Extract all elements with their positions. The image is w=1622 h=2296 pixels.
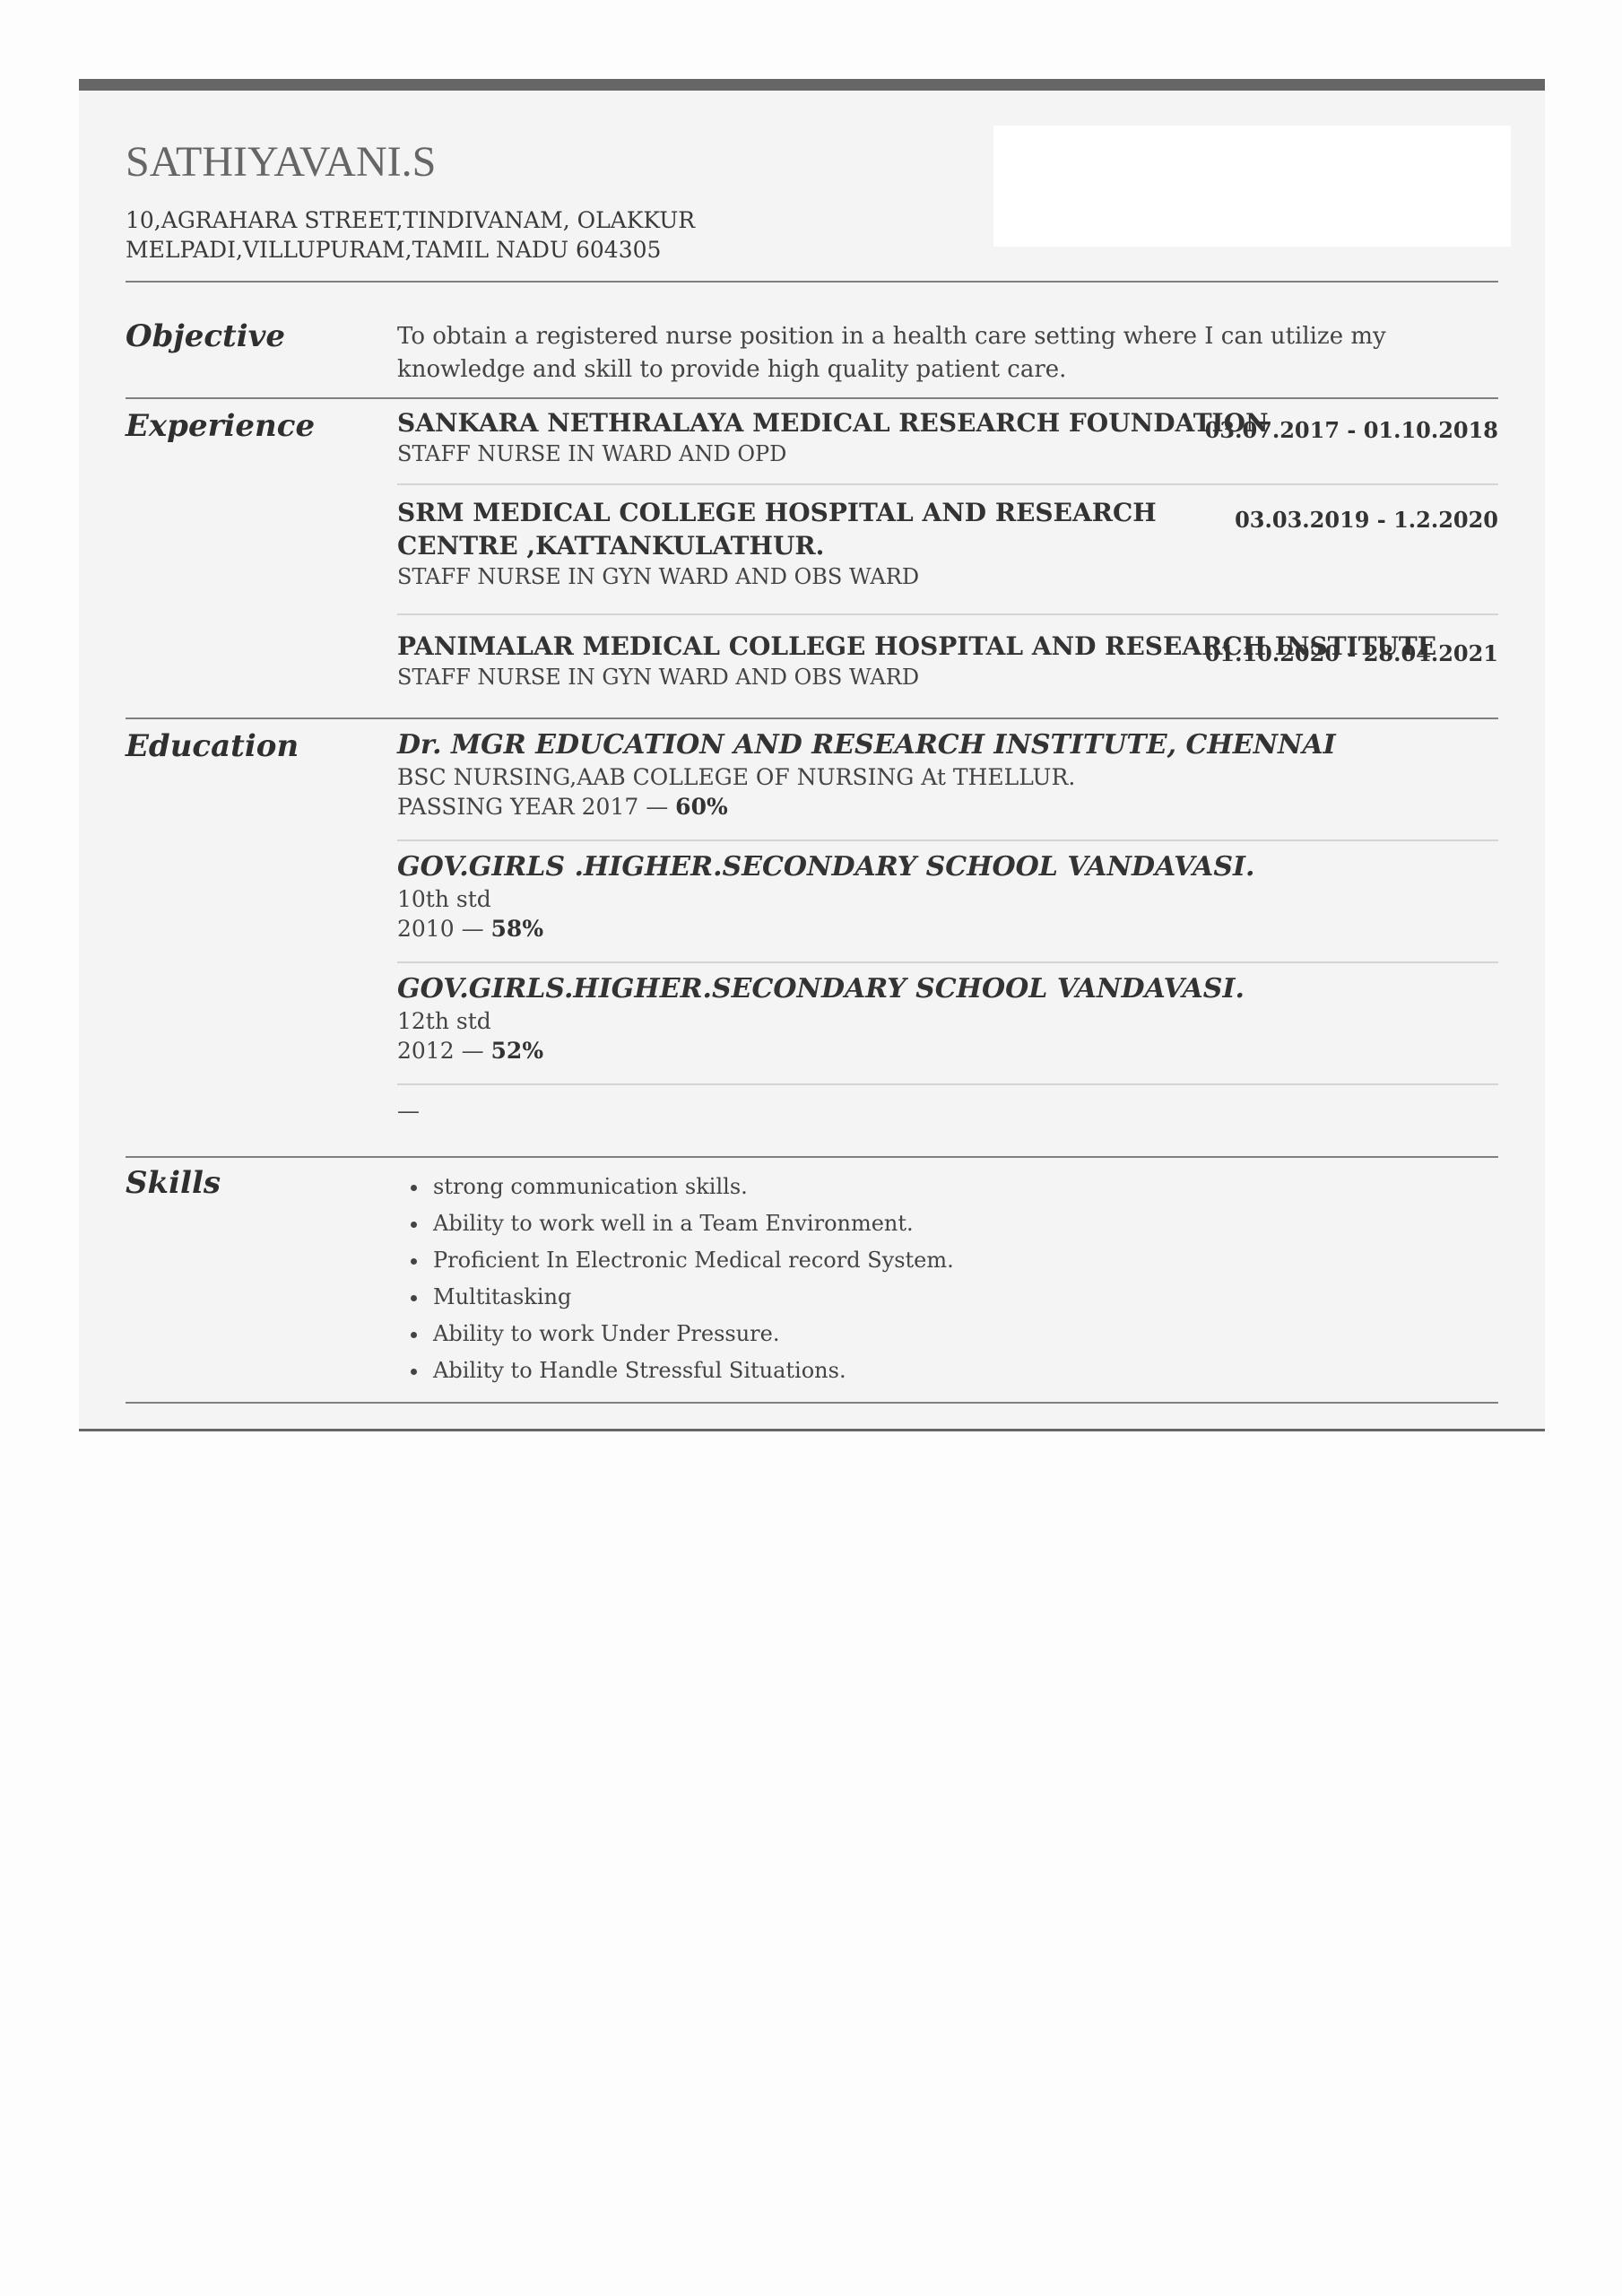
employment-dates: 01.10.2020 - 28.04.2021 <box>1205 640 1498 666</box>
skill-item: Proficient In Electronic Medical record … <box>429 1242 1498 1279</box>
degree-detail: 12th std <box>397 1006 1498 1036</box>
separator: — <box>455 1038 491 1064</box>
year: 2012 <box>397 1038 455 1064</box>
employment-dates: 03.07.2017 - 01.10.2018 <box>1205 417 1498 443</box>
education-item: GOV.GIRLS .HIGHER.SECONDARY SCHOOL VANDA… <box>397 841 1498 961</box>
experience-item: SANKARA NETHRALAYA MEDICAL RESEARCH FOUN… <box>397 399 1498 483</box>
skill-item: Ability to Handle Stressful Situations. <box>429 1352 1498 1389</box>
degree-detail: 10th std <box>397 884 1498 914</box>
section-label-skills: Skills <box>126 1158 397 1402</box>
institution-name: GOV.GIRLS.HIGHER.SECONDARY SCHOOL VANDAV… <box>397 972 1498 1006</box>
divider <box>126 1402 1498 1404</box>
resume-card: SATHIYAVANI.S 10,AGRAHARA STREET,TINDIVA… <box>79 79 1545 1431</box>
address-line-1: 10,AGRAHARA STREET,TINDIVANAM, OLAKKUR <box>126 205 695 235</box>
year-score: PASSING YEAR 2017 — 60% <box>397 792 1498 822</box>
score: 52% <box>491 1038 544 1064</box>
year-score: 2012 — 52% <box>397 1036 1498 1065</box>
skill-item: strong communication skills. <box>429 1169 1498 1205</box>
objective-text: To obtain a registered nurse position in… <box>397 283 1498 397</box>
education-section: Education Dr. MGR EDUCATION AND RESEARCH… <box>126 719 1498 1156</box>
skills-section: Skills strong communication skills. Abil… <box>126 1158 1498 1402</box>
address-line-2: MELPADI,VILLUPURAM,TAMIL NADU 604305 <box>126 235 695 265</box>
candidate-name: SATHIYAVANI.S <box>126 137 436 187</box>
institution-name: Dr. MGR EDUCATION AND RESEARCH INSTITUTE… <box>397 728 1498 762</box>
score: 60% <box>675 794 728 820</box>
experience-item: PANIMALAR MEDICAL COLLEGE HOSPITAL AND R… <box>397 615 1498 717</box>
year-score: 2010 — 58% <box>397 914 1498 944</box>
score: 58% <box>491 916 544 942</box>
degree-detail: BSC NURSING,AAB COLLEGE OF NURSING At TH… <box>397 762 1498 792</box>
education-item: GOV.GIRLS.HIGHER.SECONDARY SCHOOL VANDAV… <box>397 963 1498 1083</box>
experience-section: Experience SANKARA NETHRALAYA MEDICAL RE… <box>126 399 1498 717</box>
skill-item: Ability to work well in a Team Environme… <box>429 1205 1498 1242</box>
separator: — <box>638 794 675 820</box>
section-label-objective: Objective <box>126 283 397 397</box>
year: PASSING YEAR 2017 <box>397 794 638 820</box>
resume-header: SATHIYAVANI.S 10,AGRAHARA STREET,TINDIVA… <box>126 91 1498 281</box>
skill-item: Ability to work Under Pressure. <box>429 1316 1498 1352</box>
education-item: Dr. MGR EDUCATION AND RESEARCH INSTITUTE… <box>397 719 1498 839</box>
objective-section: Objective To obtain a registered nurse p… <box>126 283 1498 397</box>
employment-dates: 03.03.2019 - 1.2.2020 <box>1235 507 1498 533</box>
year: 2010 <box>397 916 455 942</box>
job-role: STAFF NURSE IN WARD AND OPD <box>397 439 1498 469</box>
skills-list: strong communication skills. Ability to … <box>397 1158 1498 1402</box>
job-role: STAFF NURSE IN GYN WARD AND OBS WARD <box>397 562 1498 592</box>
separator: — <box>455 916 491 942</box>
education-trailing-dash: — <box>397 1085 1498 1156</box>
institution-name: GOV.GIRLS .HIGHER.SECONDARY SCHOOL VANDA… <box>397 850 1498 884</box>
skill-item: Multitasking <box>429 1279 1498 1316</box>
job-role: STAFF NURSE IN GYN WARD AND OBS WARD <box>397 663 1498 692</box>
address: 10,AGRAHARA STREET,TINDIVANAM, OLAKKUR M… <box>126 205 695 265</box>
section-label-experience: Experience <box>126 399 397 717</box>
experience-item: SRM MEDICAL COLLEGE HOSPITAL AND RESEARC… <box>397 485 1498 613</box>
photo-placeholder <box>993 126 1511 247</box>
section-label-education: Education <box>126 719 397 1156</box>
